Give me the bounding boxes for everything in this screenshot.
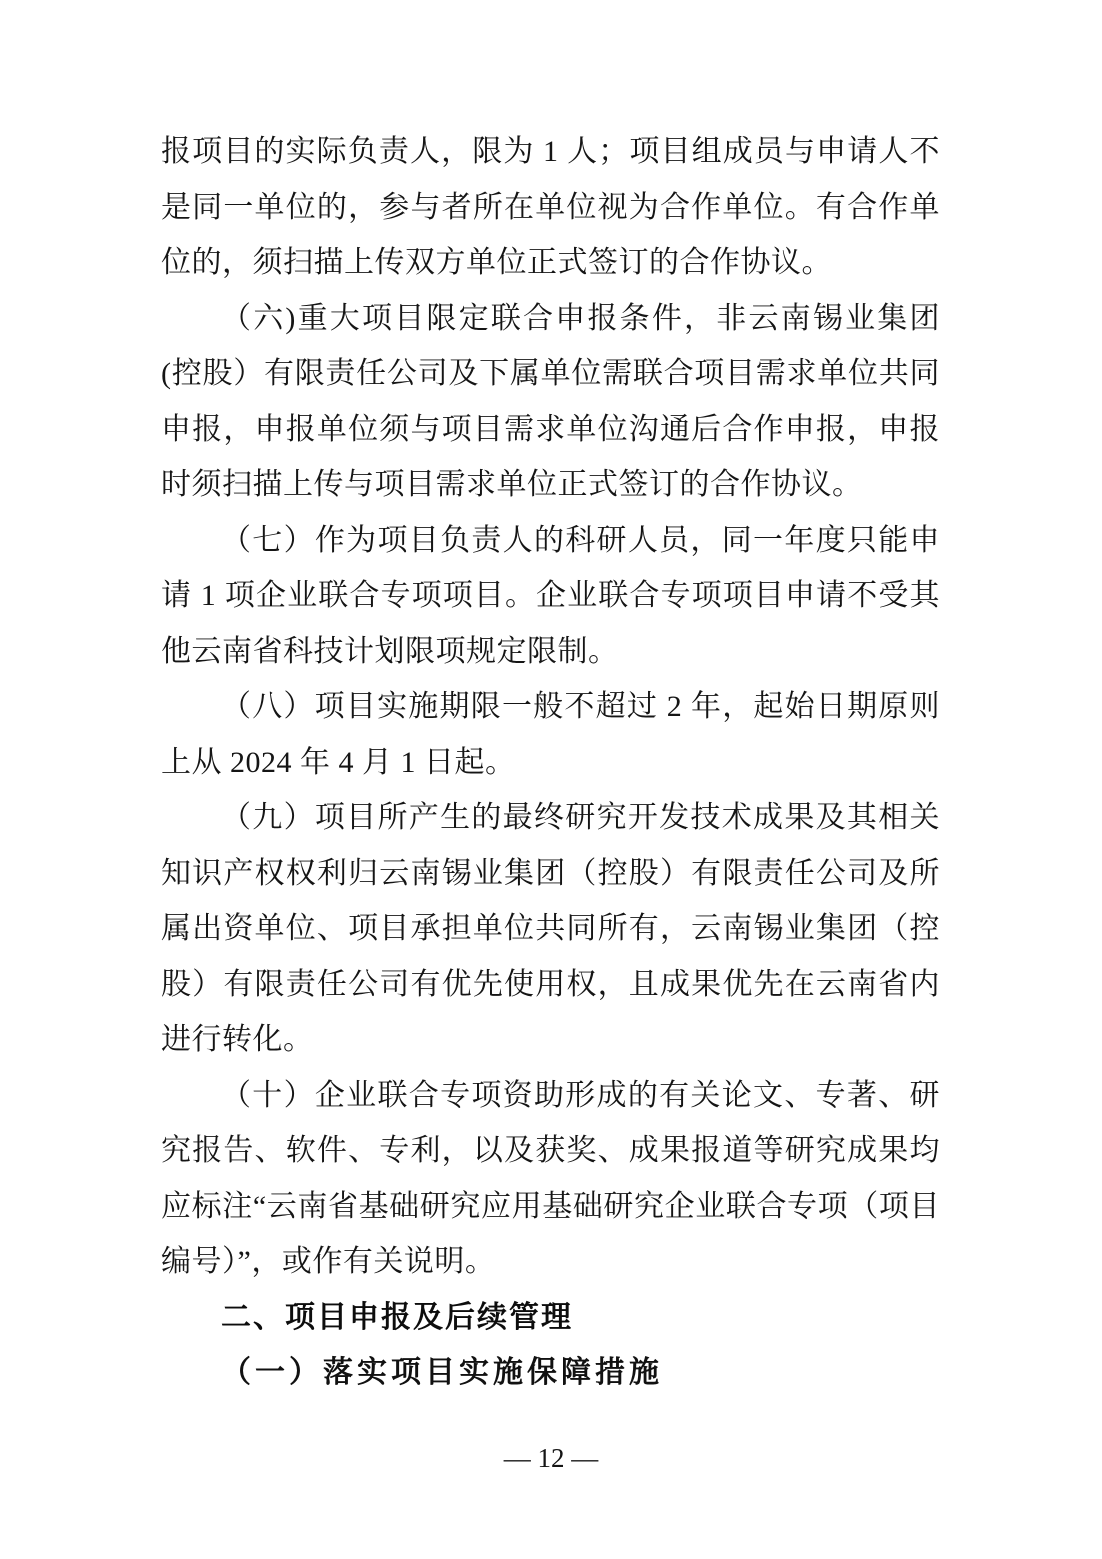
paragraph-item-9: （九）项目所产生的最终研究开发技术成果及其相关知识产权权利归云南锡业集团（控股）… [161, 790, 940, 1068]
paragraph-item-8: （八）项目实施期限一般不超过 2 年，起始日期原则上从 2024 年 4 月 1… [161, 679, 940, 790]
paragraph-item-7: （七）作为项目负责人的科研人员，同一年度只能申请 1 项企业联合专项项目。企业联… [161, 513, 940, 680]
page-number: — 12 — [0, 1442, 1102, 1474]
paragraph-item-10: （十）企业联合专项资助形成的有关论文、专著、研究报告、软件、专利，以及获奖、成果… [161, 1068, 940, 1290]
subsection-heading: （一）落实项目实施保障措施 [161, 1345, 940, 1401]
document-body: 报项目的实际负责人，限为 1 人；项目组成员与申请人不是同一单位的，参与者所在单… [161, 124, 940, 1401]
paragraph-item-6: （六)重大项目限定联合申报条件，非云南锡业集团(控股）有限责任公司及下属单位需联… [161, 291, 940, 513]
document-page: 报项目的实际负责人，限为 1 人；项目组成员与申请人不是同一单位的，参与者所在单… [0, 0, 1102, 1559]
section-heading: 二、项目申报及后续管理 [161, 1290, 940, 1346]
paragraph-continuation: 报项目的实际负责人，限为 1 人；项目组成员与申请人不是同一单位的，参与者所在单… [161, 124, 940, 291]
